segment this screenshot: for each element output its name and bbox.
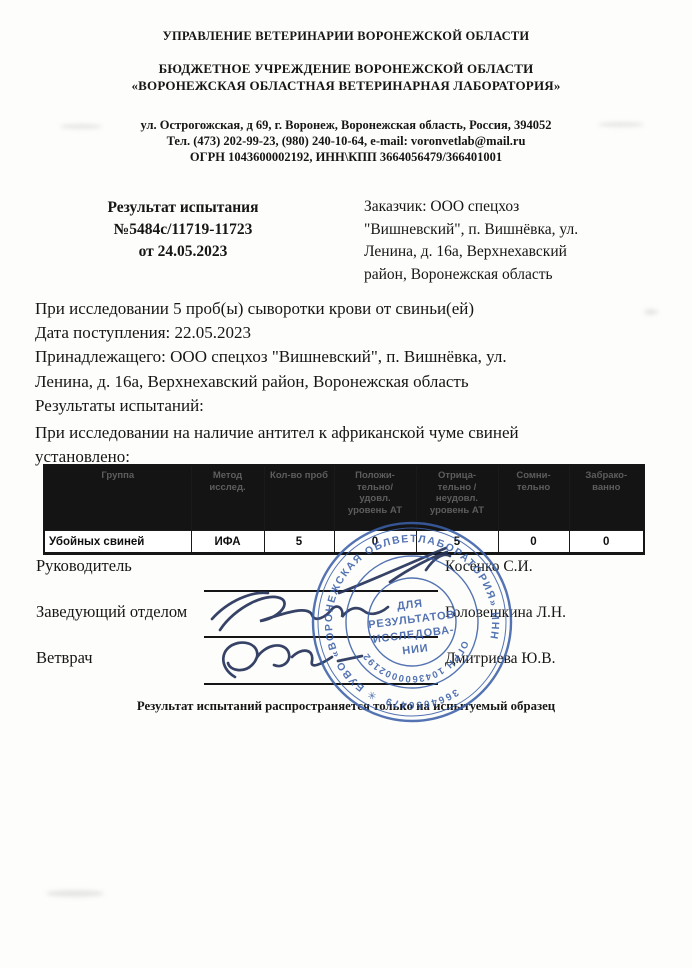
report-body-text: При исследовании 5 проб(ы) сыворотки кро… [35, 297, 667, 469]
scan-artifact [46, 890, 104, 897]
address-line: ул. Острогожская, д 69, г. Воронеж, Воро… [0, 117, 692, 133]
result-header-block: Результат испытания №5484с/11719-11723 о… [58, 197, 308, 263]
signatory-label-head-of-dept: Заведующий отделом [36, 602, 187, 622]
body-line: Ленина, д. 16а, Верхнехавский район, Вор… [35, 370, 667, 394]
institution-line-2: «ВОРОНЕЖСКАЯ ОБЛАСТНАЯ ВЕТЕРИНАРНАЯ ЛАБО… [0, 78, 692, 95]
body-line: Принадлежащего: ООО спецхоз "Вишневский"… [35, 345, 667, 369]
cell-group: Убойных свиней [44, 531, 191, 554]
signatory-label-vet: Ветврач [36, 648, 93, 668]
signatory-label-director: Руководитель [36, 556, 132, 576]
body-line: Результаты испытаний: [35, 394, 667, 418]
institution-name: БЮДЖЕТНОЕ УЧРЕЖДЕНИЕ ВОРОНЕЖСКОЙ ОБЛАСТИ… [0, 61, 692, 94]
stamp-ring-number: 3664056479 [382, 686, 461, 714]
stamp-center-text: НИИ [402, 642, 429, 657]
cell-rejected: 0 [569, 531, 644, 554]
result-title: Результат испытания [58, 197, 308, 219]
phone-email-line: Тел. (473) 202-99-23, (980) 240-10-64, e… [0, 133, 692, 149]
customer-line: Заказчик: ООО спецхоз [364, 196, 632, 219]
official-round-stamp: ✳ БУВО «ВОРОНЕЖСКАЯ ОБЛВЕТЛАБОРАТОРИЯ» И… [302, 512, 522, 732]
body-line: Дата поступления: 22.05.2023 [35, 321, 667, 345]
result-number: №5484с/11719-11723 [58, 219, 308, 241]
scanned-test-report-page: УПРАВЛЕНИЕ ВЕТЕРИНАРИИ ВОРОНЕЖСКОЙ ОБЛАС… [0, 0, 692, 968]
customer-line: "Вишневский", п. Вишнёвка, ул. [364, 219, 632, 242]
column-header-rejected: Забрако- ванно [569, 465, 644, 531]
customer-line: район, Воронежская область [364, 264, 632, 287]
column-header-method: Метод исслед. [191, 465, 264, 531]
registration-line: ОГРН 1043600002192, ИНН\КПП 3664056479/3… [0, 149, 692, 165]
stamp-center-text: ДЛЯ [396, 598, 423, 613]
result-date: от 24.05.2023 [58, 241, 308, 263]
customer-line: Ленина, д. 16а, Верхнехавский [364, 241, 632, 264]
customer-block: Заказчик: ООО спецхоз "Вишневский", п. В… [364, 196, 632, 286]
body-line: При исследовании 5 проб(ы) сыворотки кро… [35, 297, 667, 321]
institution-line-1: БЮДЖЕТНОЕ УЧРЕЖДЕНИЕ ВОРОНЕЖСКОЙ ОБЛАСТИ [0, 61, 692, 78]
letterhead-contacts: ул. Острогожская, д 69, г. Воронеж, Воро… [0, 117, 692, 165]
column-header-group: Группа [44, 465, 191, 531]
department-name: УПРАВЛЕНИЕ ВЕТЕРИНАРИИ ВОРОНЕЖСКОЙ ОБЛАС… [0, 29, 692, 44]
body-line: При исследовании на наличие антител к аф… [35, 421, 667, 445]
